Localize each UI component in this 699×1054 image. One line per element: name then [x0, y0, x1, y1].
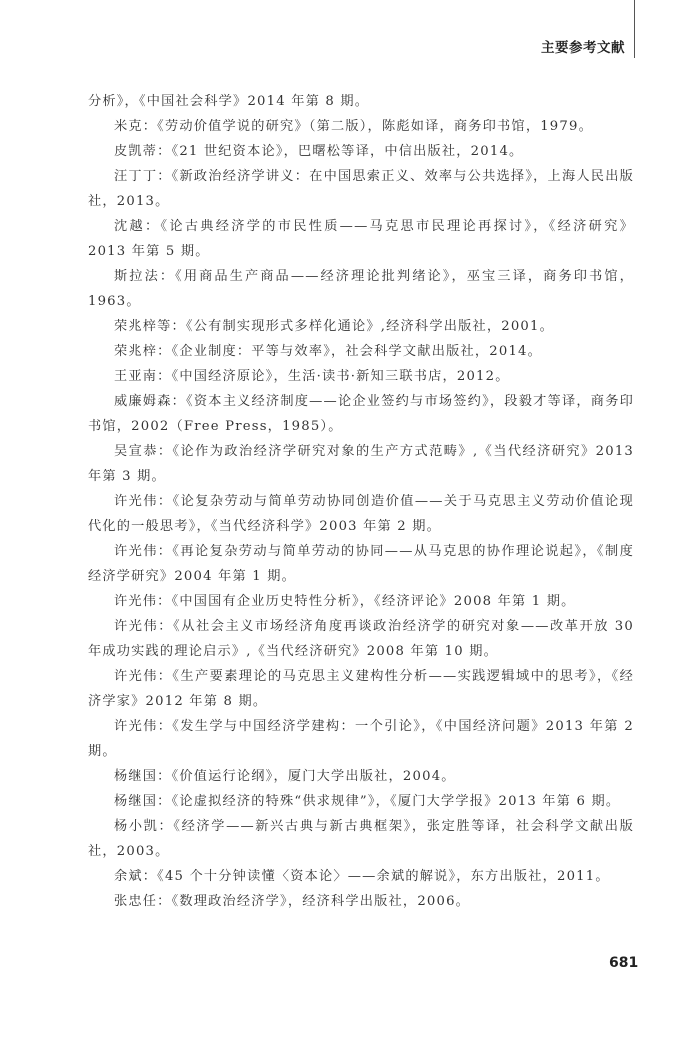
- running-head: 主要参考文献: [541, 36, 625, 56]
- reference-entry: 许光伟：《生产要素理论的马克思主义建构性分析——实践逻辑域中的思考》，《经济学家…: [88, 664, 634, 714]
- page-number: 681: [609, 955, 638, 971]
- header-rule: [634, 0, 635, 58]
- reference-entry: 张忠任：《数理政治经济学》，经济科学出版社，2006。: [88, 889, 634, 914]
- reference-entry: 分析》，《中国社会科学》2014 年第 8 期。: [88, 89, 634, 114]
- reference-entry: 许光伟：《从社会主义市场经济角度再谈政治经济学的研究对象——改革开放 30 年成…: [88, 614, 634, 664]
- reference-entry: 许光伟：《发生学与中国经济学建构：一个引论》，《中国经济问题》2013 年第 2…: [88, 714, 634, 764]
- reference-entry: 沈越：《论古典经济学的市民性质——马克思市民理论再探讨》，《经济研究》2013 …: [88, 214, 634, 264]
- reference-entry: 杨小凯：《经济学——新兴古典与新古典框架》，张定胜等译，社会科学文献出版社，20…: [88, 814, 634, 864]
- reference-entry: 荣兆梓：《企业制度：平等与效率》，社会科学文献出版社，2014。: [88, 339, 634, 364]
- reference-entry: 余斌：《45 个十分钟读懂〈资本论〉——余斌的解说》，东方出版社，2011。: [88, 864, 634, 889]
- reference-entry: 许光伟：《中国国有企业历史特性分析》，《经济评论》2008 年第 1 期。: [88, 589, 634, 614]
- reference-entry: 皮凯蒂：《21 世纪资本论》，巴曙松等译，中信出版社，2014。: [88, 139, 634, 164]
- reference-entry: 吴宣恭：《论作为政治经济学研究对象的生产方式范畴》,《当代经济研究》2013 年…: [88, 439, 634, 489]
- reference-entry: 王亚南：《中国经济原论》，生活·读书·新知三联书店，2012。: [88, 364, 634, 389]
- reference-entry: 威廉姆森：《资本主义经济制度——论企业签约与市场签约》，段毅才等译，商务印书馆，…: [88, 389, 634, 439]
- reference-entry: 斯拉法：《用商品生产商品——经济理论批判绪论》，巫宝三译，商务印书馆，1963。: [88, 264, 634, 314]
- reference-entry: 许光伟：《论复杂劳动与简单劳动协同创造价值——关于马克思主义劳动价值论现代化的一…: [88, 489, 634, 539]
- reference-list: 分析》，《中国社会科学》2014 年第 8 期。 米克：《劳动价值学说的研究》（…: [88, 89, 634, 914]
- reference-entry: 杨继国：《价值运行论纲》，厦门大学出版社，2004。: [88, 764, 634, 789]
- reference-entry: 杨继国：《论虚拟经济的特殊“供求规律”》，《厦门大学学报》2013 年第 6 期…: [88, 789, 634, 814]
- reference-entry: 汪丁丁：《新政治经济学讲义：在中国思索正义、效率与公共选择》，上海人民出版社，2…: [88, 164, 634, 214]
- reference-entry: 米克：《劳动价值学说的研究》（第二版），陈彪如译，商务印书馆，1979。: [88, 114, 634, 139]
- reference-entry: 荣兆梓等：《公有制实现形式多样化通论》,经济科学出版社，2001。: [88, 314, 634, 339]
- reference-entry: 许光伟：《再论复杂劳动与简单劳动的协同——从马克思的协作理论说起》，《制度经济学…: [88, 539, 634, 589]
